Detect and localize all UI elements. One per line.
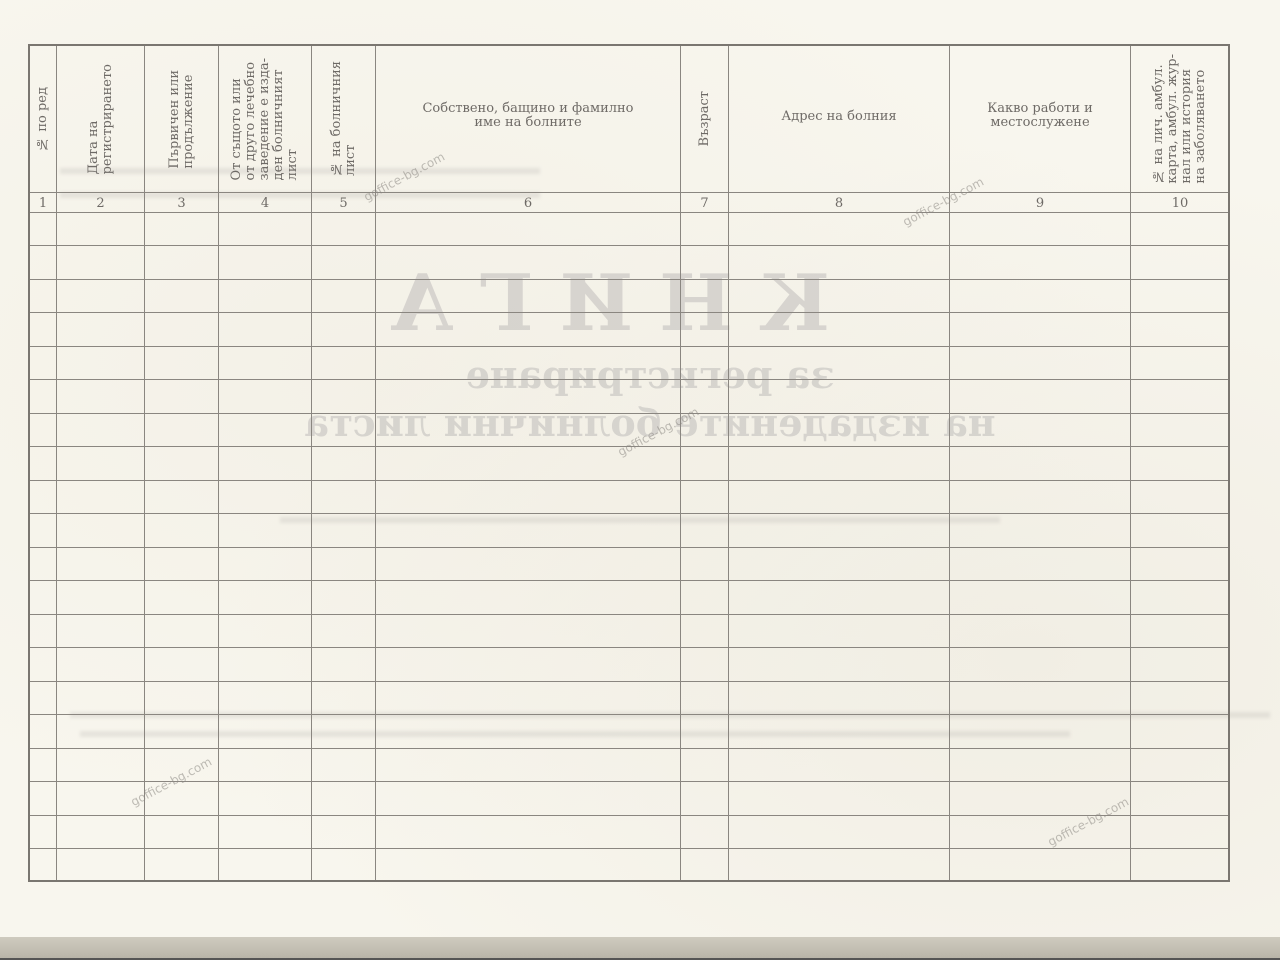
header-cell-age: Възраст — [681, 46, 728, 192]
table-row-line — [30, 212, 1228, 213]
table-row-line — [30, 614, 1228, 615]
table-row-line — [30, 346, 1228, 347]
table-row-line — [30, 312, 1228, 313]
header-cell-registration-date: Дата на регистрирането — [57, 46, 144, 192]
page-edge-shadow — [0, 937, 1280, 958]
column-number: 1 — [30, 193, 56, 213]
header-label: От същото или от друго лечебно заведение… — [230, 58, 300, 180]
column-number: 7 — [681, 193, 728, 213]
table-row-line — [30, 714, 1228, 715]
table-row-line — [30, 379, 1228, 380]
table-row-line — [30, 413, 1228, 414]
header-cell-occupation: Какво работи и местослужене — [950, 46, 1130, 192]
header-label: Какво работи и местослужене — [975, 102, 1105, 130]
column-number: 2 — [57, 193, 144, 213]
column-number: 3 — [145, 193, 218, 213]
column-number: 9 — [950, 193, 1130, 213]
column-number: 4 — [219, 193, 311, 213]
header-label: Възраст — [698, 91, 712, 146]
header-label: № на болничния лист — [330, 61, 358, 176]
table-row-line — [30, 279, 1228, 280]
header-cell-record-number: № на лич. амбул. карта, амбул. жур- нал … — [1131, 46, 1229, 192]
header-label: Дата на регистрирането — [87, 64, 115, 174]
header-label: № на лич. амбул. карта, амбул. жур- нал … — [1152, 54, 1208, 184]
header-label: № по ред — [36, 87, 50, 151]
table-row-line — [30, 547, 1228, 548]
header-cell-row-number: № по ред — [30, 46, 56, 192]
header-cell-issuing-facility: От същото или от друго лечебно заведение… — [219, 46, 311, 192]
table-row-line — [30, 681, 1228, 682]
table-row-line — [30, 513, 1228, 514]
table-row-line — [30, 748, 1228, 749]
column-number: 6 — [376, 193, 680, 213]
table-row-line — [30, 480, 1228, 481]
table-row-line — [30, 781, 1228, 782]
header-cell-sick-leave-number: № на болничния лист — [312, 46, 375, 192]
header-label: Собствено, бащино и фамилно име на болни… — [408, 102, 648, 130]
header-cell-patient-address: Адрес на болния — [729, 46, 949, 192]
header-cell-primary-or-continuation: Първичен или продължение — [145, 46, 218, 192]
table-row-line — [30, 245, 1228, 246]
table-row-line — [30, 647, 1228, 648]
header-label: Първичен или продължение — [168, 70, 196, 169]
table-row-line — [30, 580, 1228, 581]
table-row-line — [30, 815, 1228, 816]
header-label: Адрес на болния — [781, 110, 896, 124]
table-row-line — [30, 848, 1228, 849]
column-number: 10 — [1131, 193, 1229, 213]
